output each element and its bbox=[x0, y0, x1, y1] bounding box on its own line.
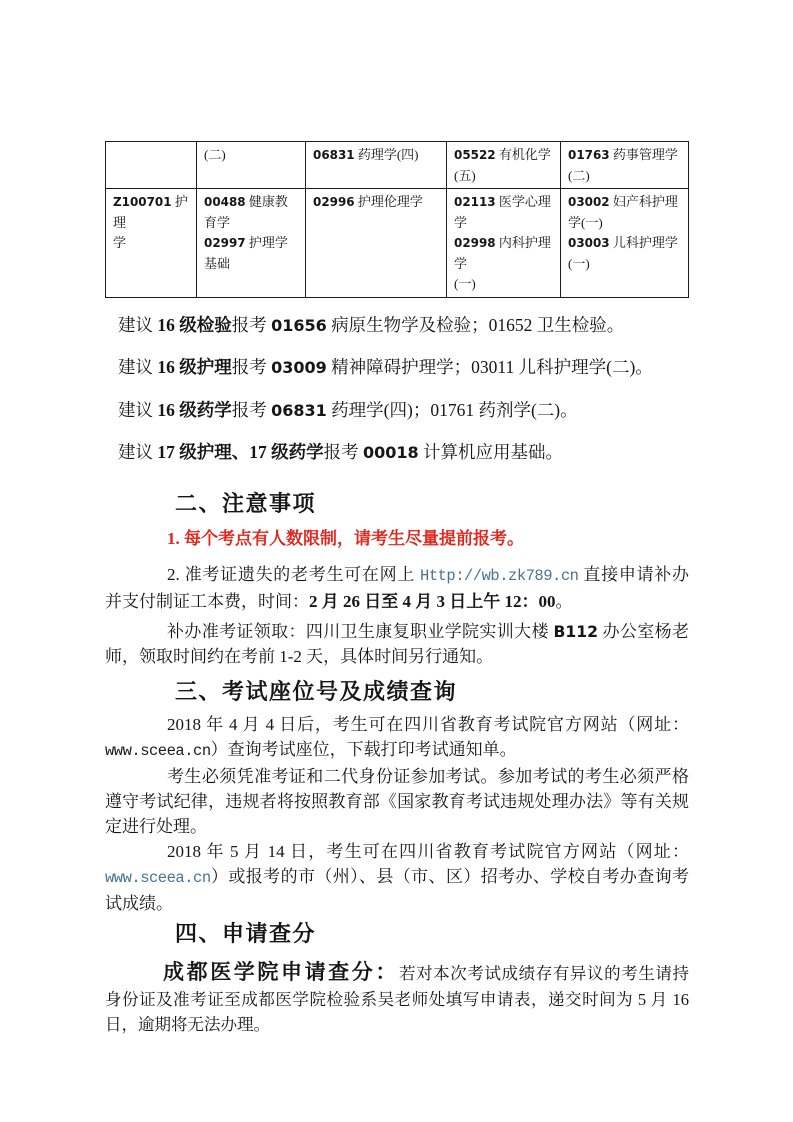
suggestion-line: 建议 17 级护理、17 级药学报考 00018 计算机应用基础。 bbox=[118, 442, 689, 463]
course-code: 03009 bbox=[271, 358, 327, 377]
suggestion-pre: 建议 bbox=[118, 400, 157, 420]
notice-text: 2. 准考证遗失的老考生可在网上 bbox=[167, 565, 420, 584]
table-cell: 00488 健康教育学 02997 护理学基础 bbox=[197, 189, 306, 298]
para-text: 2018 年 5 月 14 日，考生可在四川省教育考试院官方网站（网址： bbox=[167, 842, 689, 861]
para-text: ）查询考试座位，下载打印考试通知单。 bbox=[211, 740, 517, 759]
section-heading-score-recheck: 四、申请查分 bbox=[175, 920, 689, 950]
suggestion-pre: 建议 bbox=[118, 315, 157, 335]
document-content: (二) 06831 药理学(四) 05522 有机化学 (五) 01763 药事… bbox=[105, 141, 689, 1054]
recheck-lead: 成都医学院申请查分： bbox=[163, 960, 399, 984]
table-row: (二) 06831 药理学(四) 05522 有机化学 (五) 01763 药事… bbox=[106, 142, 689, 189]
suggestion-rest: 计算机应用基础。 bbox=[419, 442, 563, 462]
suggestion-line: 建议 16 级药学报考 06831 药理学(四)；01761 药剂学(二)。 bbox=[118, 400, 689, 421]
table-cell bbox=[106, 142, 197, 189]
sceea-url: www.sceea.cn bbox=[105, 742, 211, 760]
para-exam-rules: 考生必须凭准考证和二代身份证参加考试。参加考试的考生必须严格遵守考试纪律，违规者… bbox=[105, 764, 689, 839]
suggestion-rest: 精神障碍护理学；03011 儿科护理学(二)。 bbox=[327, 357, 653, 377]
table-cell: 03002 妇产科护理 学(一) 03003 儿科护理学 (一) bbox=[561, 189, 689, 298]
table-cell: 02113 医学心理学 02998 内科护理学 (一) bbox=[447, 189, 561, 298]
suggestion-pre: 建议 bbox=[118, 357, 157, 377]
para-score-query: 2018 年 5 月 14 日，考生可在四川省教育考试院官方网站（网址：www.… bbox=[105, 839, 689, 916]
reissue-site-link[interactable]: Http://wb.zk789.cn bbox=[420, 567, 578, 585]
document-page: (二) 06831 药理学(四) 05522 有机化学 (五) 01763 药事… bbox=[0, 0, 793, 1122]
notice-ticket-pickup: 补办准考证领取：四川卫生康复职业学院实训大楼 B112 办公室杨老师，领取时间约… bbox=[105, 619, 689, 669]
suggestion-rest: 药理学(四)；01761 药剂学(二)。 bbox=[327, 400, 578, 420]
suggestion-mid: 报考 bbox=[232, 400, 271, 420]
sceea-link[interactable]: www.sceea.cn bbox=[105, 869, 211, 887]
table-cell: 06831 药理学(四) bbox=[306, 142, 447, 189]
notice-capacity-limit: 1. 每个考点有人数限制，请考生尽量提前报考。 bbox=[105, 526, 689, 551]
suggestion-line: 建议 16 级检验报考 01656 病原生物学及检验；01652 卫生检验。 bbox=[118, 315, 689, 336]
section-heading-seat-score: 三、考试座位号及成绩查询 bbox=[175, 678, 689, 708]
section-heading-notes: 二、注意事项 bbox=[175, 490, 689, 520]
course-code: 00018 bbox=[363, 443, 419, 462]
course-schedule-table: (二) 06831 药理学(四) 05522 有机化学 (五) 01763 药事… bbox=[105, 141, 689, 298]
suggestion-mid: 报考 bbox=[324, 442, 363, 462]
suggestion-mid: 报考 bbox=[232, 357, 271, 377]
suggestion-line: 建议 16 级护理报考 03009 精神障碍护理学；03011 儿科护理学(二)… bbox=[118, 357, 689, 378]
suggestion-grade: 16 级检验 bbox=[157, 315, 231, 335]
table-cell: 05522 有机化学 (五) bbox=[447, 142, 561, 189]
table-cell: Z100701 护理 学 bbox=[106, 189, 197, 298]
table-cell: (二) bbox=[197, 142, 306, 189]
suggestion-rest: 病原生物学及检验；01652 卫生检验。 bbox=[327, 315, 625, 335]
suggestion-grade: 17 级护理、17 级药学 bbox=[157, 442, 323, 462]
para-recheck-apply: 成都医学院申请查分：若对本次考试成绩存有异议的考生请持身份证及准考证至成都医学院… bbox=[105, 957, 689, 1037]
suggestion-pre: 建议 bbox=[118, 442, 157, 462]
suggestion-grade: 16 级护理 bbox=[157, 357, 231, 377]
table-row: Z100701 护理 学 00488 健康教育学 02997 护理学基础 029… bbox=[106, 189, 689, 298]
course-code: 01656 bbox=[271, 316, 327, 335]
para-text: 2018 年 4 月 4 日后，考生可在四川省教育考试院官方网站（网址： bbox=[167, 715, 689, 734]
table-cell: 02996 护理伦理学 bbox=[306, 189, 447, 298]
notice-text: 。 bbox=[556, 592, 573, 611]
suggestions-block: 建议 16 级检验报考 01656 病原生物学及检验；01652 卫生检验。 建… bbox=[105, 315, 689, 464]
suggestion-grade: 16 级药学 bbox=[157, 400, 231, 420]
reissue-deadline: 2 月 26 日至 4 月 3 日上午 12：00 bbox=[309, 592, 556, 611]
para-seat-query: 2018 年 4 月 4 日后，考生可在四川省教育考试院官方网站（网址：www.… bbox=[105, 712, 689, 764]
notice-lost-ticket: 2. 准考证遗失的老考生可在网上 Http://wb.zk789.cn 直接申请… bbox=[105, 562, 689, 614]
table-cell: 01763 药事管理学 (二) bbox=[561, 142, 689, 189]
course-code: 06831 bbox=[271, 401, 327, 420]
suggestion-mid: 报考 bbox=[232, 315, 271, 335]
